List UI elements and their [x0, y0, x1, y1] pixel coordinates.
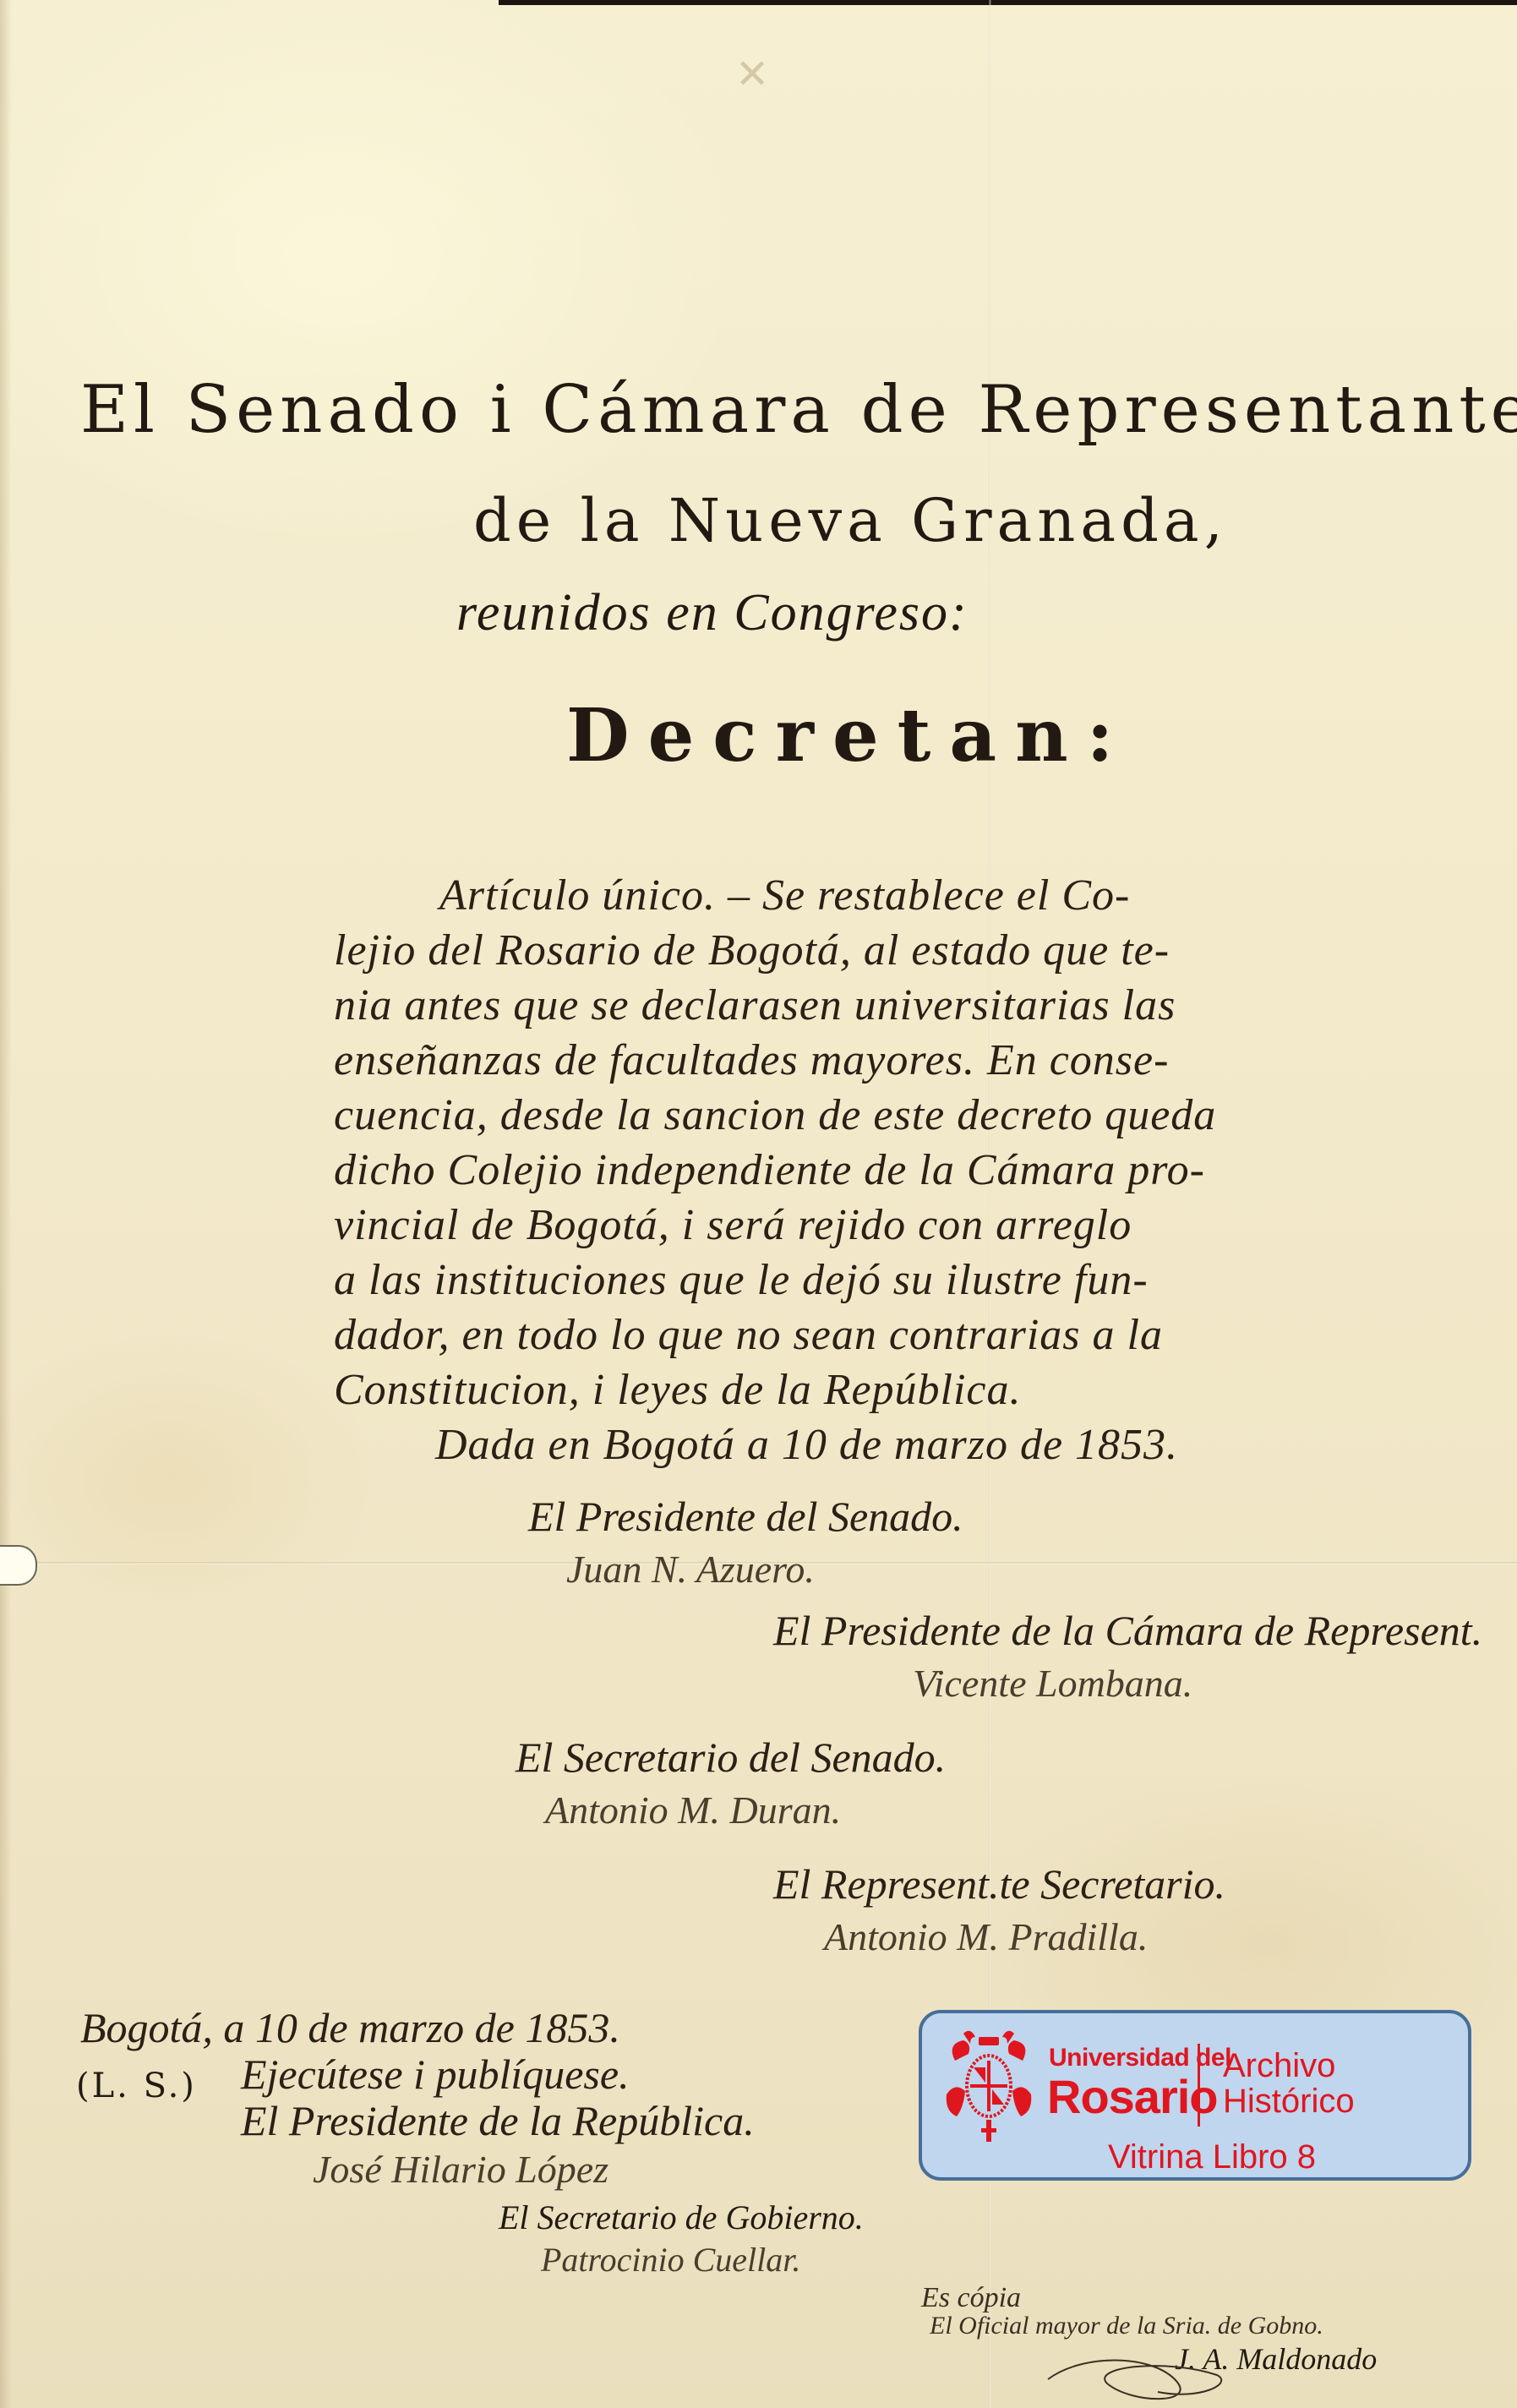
signature-title-senate-secretary: El Secretario del Senado.	[516, 1733, 946, 1782]
article-line: Constitucion, i leyes de la República.	[334, 1365, 1022, 1415]
copy-note-line-2: El Oficial mayor de la Sria. de Gobno.	[930, 2312, 1323, 2340]
article-line: dador, en todo lo que no sean contrarias…	[334, 1310, 1163, 1360]
government-secretary-title: El Secretario de Gobierno.	[499, 2198, 864, 2237]
heading-line-1: El Senado i Cámara de Representantes	[80, 372, 1517, 448]
paper-tear-hole	[0, 1545, 37, 1586]
archive-label-line-1: Archivo	[1223, 2047, 1335, 2085]
given-at-line: Dada en Bogotá a 10 de marzo de 1853.	[435, 1420, 1178, 1470]
article-line: vincial de Bogotá, i será rejido con arr…	[334, 1200, 1132, 1250]
signature-name-senate-president: Juan N. Azuero.	[566, 1547, 815, 1592]
signature-title-representative-secretary: El Represent.te Secretario.	[773, 1859, 1225, 1908]
copy-note-line-1: Es cópia	[921, 2282, 1021, 2314]
signature-name-senate-secretary: Antonio M. Duran.	[545, 1788, 841, 1832]
signature-title-chamber-president: El Presidente de la Cámara de Represent.	[773, 1606, 1482, 1655]
scan-border	[499, 0, 1517, 5]
article-line: Artículo único. – Se restablece el Co-	[439, 871, 1130, 920]
badge-divider	[1198, 2044, 1200, 2127]
signature-name-chamber-president: Vicente Lombana.	[913, 1661, 1192, 1706]
heading-line-3: reunidos en Congreso:	[456, 583, 969, 643]
archive-label-line-2: Histórico	[1223, 2083, 1355, 2121]
republic-president-name: José Hilario López	[313, 2147, 608, 2192]
collection-label: Vitrina Libro 8	[922, 2138, 1468, 2176]
signature-title-senate-president: El Presidente del Senado.	[528, 1492, 963, 1541]
government-secretary-name: Patrocinio Cuellar.	[541, 2240, 800, 2280]
university-crest-icon	[946, 2027, 1032, 2145]
paper-edge-shadow	[0, 0, 12, 2408]
archive-badge: Universidad del Rosario Archivo Históric…	[919, 2010, 1471, 2181]
seal-mark: (L. S.)	[76, 2067, 197, 2105]
signature-name-representative-secretary: Antonio M. Pradilla.	[824, 1914, 1148, 1959]
article-line: dicho Colejio independiente de la Cámara…	[334, 1145, 1205, 1195]
republic-president-title: El Presidente de la República.	[241, 2096, 755, 2145]
article-line: a las instituciones que le dejó su ilust…	[334, 1255, 1149, 1305]
executive-date-line: Bogotá, a 10 de marzo de 1853.	[80, 2003, 620, 2052]
execute-order: Ejecútese i publíquese.	[241, 2050, 630, 2099]
watermark-emboss-icon: ✕	[735, 51, 803, 93]
decree-title: Decretan:	[566, 693, 1132, 778]
article-line: cuencia, desde la sancion de este decret…	[334, 1090, 1216, 1140]
article-line: enseñanzas de facultades mayores. En con…	[334, 1035, 1169, 1085]
article-line: lejio del Rosario de Bogotá, al estado q…	[334, 926, 1170, 975]
institution-name-big: Rosario	[1047, 2069, 1218, 2124]
flourish-rubric-icon	[1031, 2354, 1234, 2405]
heading-line-2: de la Nueva Granada,	[473, 486, 1228, 555]
institution-name-small: Universidad del	[1049, 2044, 1231, 2072]
article-line: nia antes que se declarasen universitari…	[334, 980, 1176, 1030]
